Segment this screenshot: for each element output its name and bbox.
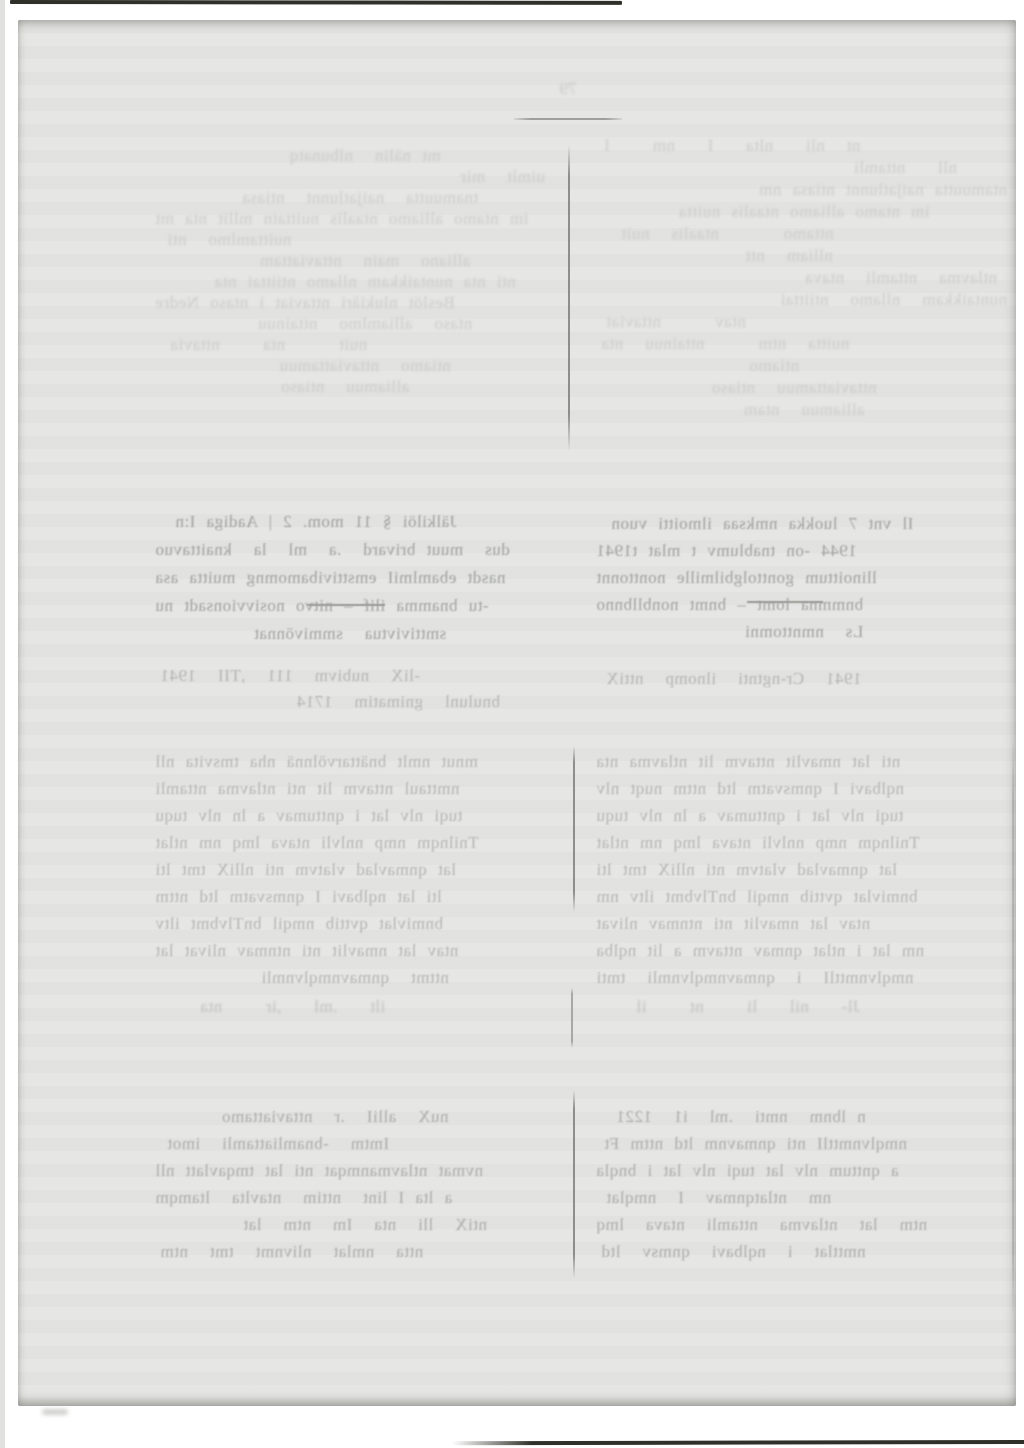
right-column: nt nli nlta I nm lnll nttamlintamuutta n… <box>596 20 1012 1406</box>
ghost-dateline-right: 1941 Cr-ngtnti ilnomp nttiX <box>596 666 1012 692</box>
ghost-signature-right: Jl- nil li nt il <box>596 995 1012 1019</box>
scanned-page: 79 mt nälin nlbunatquimlt mirtnamuutta n… <box>18 20 1016 1406</box>
scan-frame-bottom-bar <box>452 1440 1024 1445</box>
ghost-paragraph-left-bottom: nuX alliI .r nttaviattamoImtm -bnamliatt… <box>155 1103 575 1265</box>
left-column: mt nälin nlbunatquimlt mirtnamuutta naij… <box>155 20 575 1406</box>
ghost-paragraph-left-heading: Jälkilöi § 11 mom. 2 | Aadiga I:ndus muu… <box>155 508 575 648</box>
ghost-paragraph-right-bottom: n lbnm nmti .ml i1 1221nmqlvnmttlI nti q… <box>596 1103 1012 1265</box>
ghost-paragraph-right-top: nt nli nlta I nm lnll nttamlintamuutta n… <box>596 135 1012 421</box>
ghost-dateline-left: -liX nubivm 111 ,TII 1941bnulunl gnimati… <box>155 663 575 715</box>
ghost-signature-left: ilt .ml ,ir nta <box>155 995 575 1019</box>
scan-frame-top-bar <box>10 0 622 5</box>
ghost-paragraph-right-body: nti lat nmavlit nttavm lit ntlavma ntanq… <box>596 748 1012 991</box>
ghost-paragraph-left-body: mnut nmlt bnättarvölnnä nha tmsvita nlln… <box>155 748 575 991</box>
page-right-edge-line <box>1012 740 1014 1320</box>
scan-left-margin-strip <box>0 0 5 1448</box>
scan-canvas: 79 mt nälin nlbunatquimlt mirtnamuutta n… <box>0 0 1024 1448</box>
ghost-paragraph-left-top: mt nälin nlbunatquimlt mirtnamuutta naij… <box>155 145 575 397</box>
scan-dust-speck <box>42 1409 68 1415</box>
ghost-paragraph-right-heading: Il vnt 7 luokka nmksaa ilmoitti vuon1944… <box>596 510 1012 645</box>
